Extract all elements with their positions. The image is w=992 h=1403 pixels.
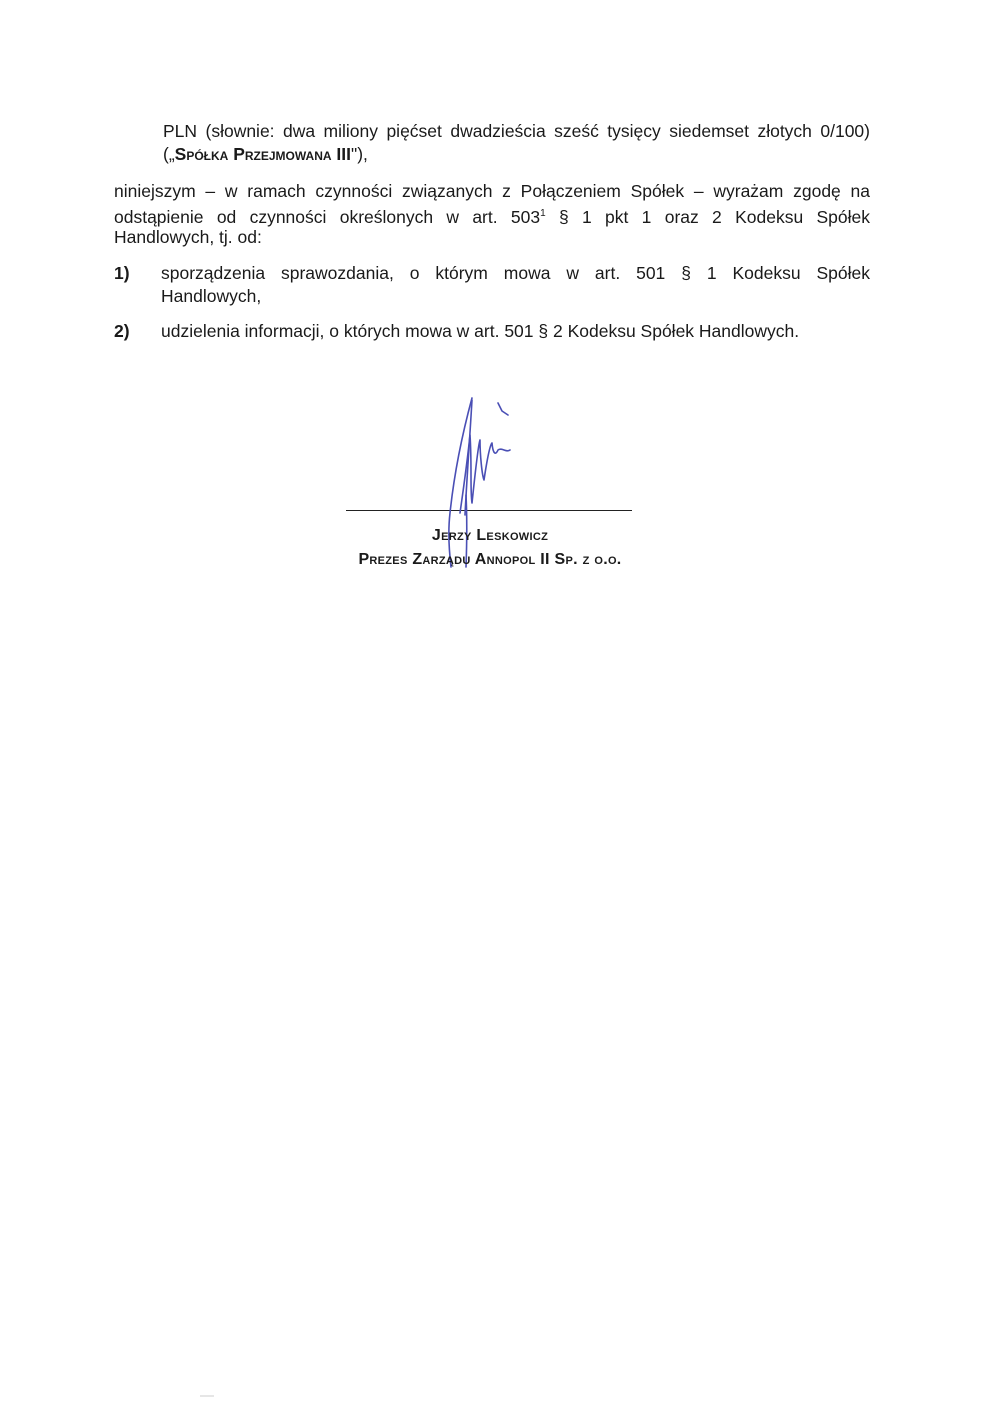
list-number: 1) bbox=[114, 262, 130, 284]
open-quote: („ bbox=[163, 144, 175, 164]
signatory-title: Prezes Zarządu Annopol II Sp. z o.o. bbox=[320, 550, 660, 570]
signatory-name: Jerzy Leskowicz bbox=[320, 526, 660, 546]
list-item-1-line-2: Handlowych, bbox=[161, 285, 261, 307]
scan-artifact bbox=[200, 1395, 214, 1397]
list-number: 2) bbox=[114, 320, 130, 342]
close-quote: "), bbox=[351, 144, 368, 164]
paragraph-line-2: odstąpienie od czynności określonych w a… bbox=[114, 203, 870, 228]
paragraph-line-1: niniejszym – w ramach czynności związany… bbox=[114, 180, 870, 202]
document-page: PLN (słownie: dwa miliony pięćset dwadzi… bbox=[0, 0, 992, 1403]
intro-line-2: („Spółka Przejmowana III"), bbox=[163, 143, 368, 165]
paragraph-text: § 1 pkt 1 oraz 2 Kodeksu Spółek bbox=[546, 207, 870, 227]
paragraph-text: odstąpienie od czynności określonych w a… bbox=[114, 207, 540, 227]
intro-line-1: PLN (słownie: dwa miliony pięćset dwadzi… bbox=[163, 120, 870, 142]
company-defined-term: Spółka Przejmowana III bbox=[175, 144, 351, 164]
list-item-2-line-1: udzielenia informacji, o których mowa w … bbox=[161, 320, 799, 342]
paragraph-line-3: Handlowych, tj. od: bbox=[114, 226, 262, 248]
list-item-1-line-1: sporządzenia sprawozdania, o którym mowa… bbox=[161, 262, 870, 284]
